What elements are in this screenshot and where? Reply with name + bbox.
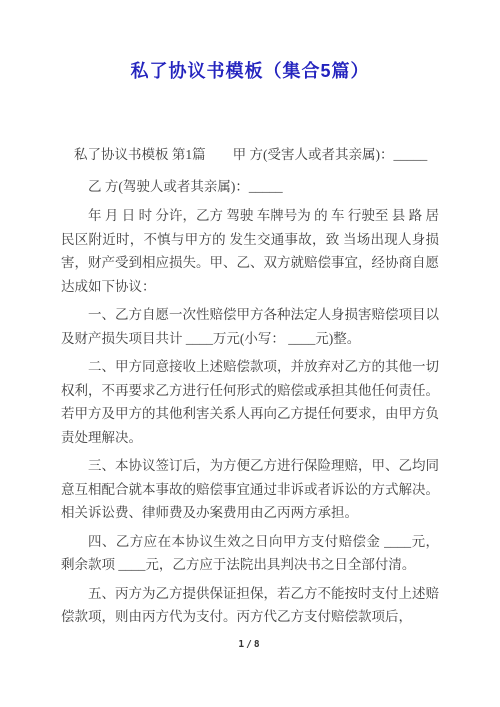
document-body: 私了协议书模板 第1篇 甲 方(受害人或者其亲属)：_____ 乙 方(驾驶人或… (61, 143, 439, 634)
paragraph-clause-4: 四、乙方应在本协议生效之日向甲方支付赔偿金 ____元，剩余款项 ____元，乙… (61, 530, 439, 577)
paragraph-party-b: 乙 方(驾驶人或者其亲属)：_____ (61, 175, 439, 199)
page-number-indicator: 1/8 (0, 639, 500, 650)
document-title: 私了协议书模板（集合5篇） (0, 57, 500, 83)
paragraph-clause-5: 五、丙方为乙方提供保证担保，若乙方不能按时支付上述赔偿款项，则由丙方代为支付。丙… (61, 582, 439, 629)
paragraph-clause-3: 三、本协议签订后，为方便乙方进行保险理赔，甲、乙均同意互相配合就本事故的赔偿事宜… (61, 454, 439, 525)
document-page: 私了协议书模板（集合5篇） 私了协议书模板 第1篇 甲 方(受害人或者其亲属)：… (0, 0, 500, 707)
paragraph-intro: 年 月 日 时 分许，乙方 驾驶 车牌号为 的 车 行驶至 县 路 居民区附近时… (61, 204, 439, 298)
paragraph-clause-2: 二、甲方同意接收上述赔偿款项，并放弃对乙方的其他一切权利，不再要求乙方进行任何形… (61, 355, 439, 449)
paragraph-clause-1: 一、乙方自愿一次性赔偿甲方各种法定人身损害赔偿项目以及财产损失项目共计 ____… (61, 303, 439, 350)
paragraph-heading-party-a: 私了协议书模板 第1篇 甲 方(受害人或者其亲属)：_____ (61, 143, 439, 167)
